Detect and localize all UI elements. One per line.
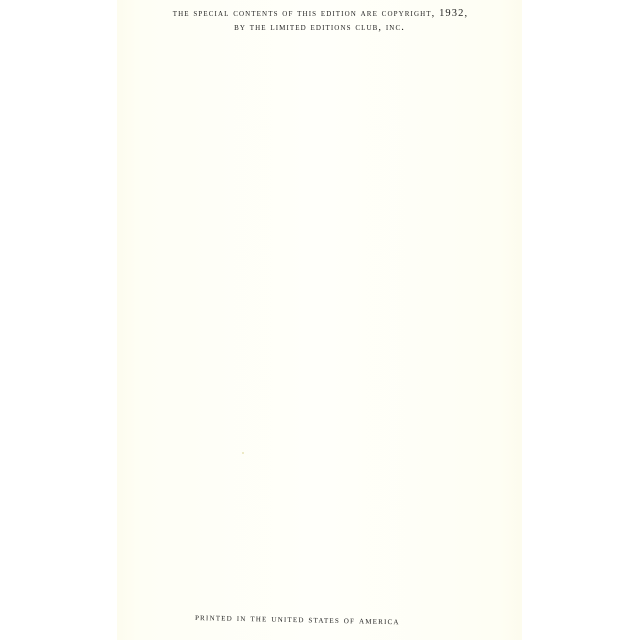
copyright-line-2: BY THE LIMITED EDITIONS CLUB, INC. [117, 21, 522, 35]
paper-page: THE SPECIAL CONTENTS OF THIS EDITION ARE… [117, 0, 522, 640]
copyright-notice: THE SPECIAL CONTENTS OF THIS EDITION ARE… [117, 7, 522, 35]
printed-in-imprint: PRINTED IN THE UNITED STATES OF AMERICA [195, 612, 400, 627]
copyright-line-1: THE SPECIAL CONTENTS OF THIS EDITION ARE… [117, 7, 522, 21]
scanned-book-page: THE SPECIAL CONTENTS OF THIS EDITION ARE… [0, 0, 640, 640]
paper-speck [242, 452, 244, 454]
